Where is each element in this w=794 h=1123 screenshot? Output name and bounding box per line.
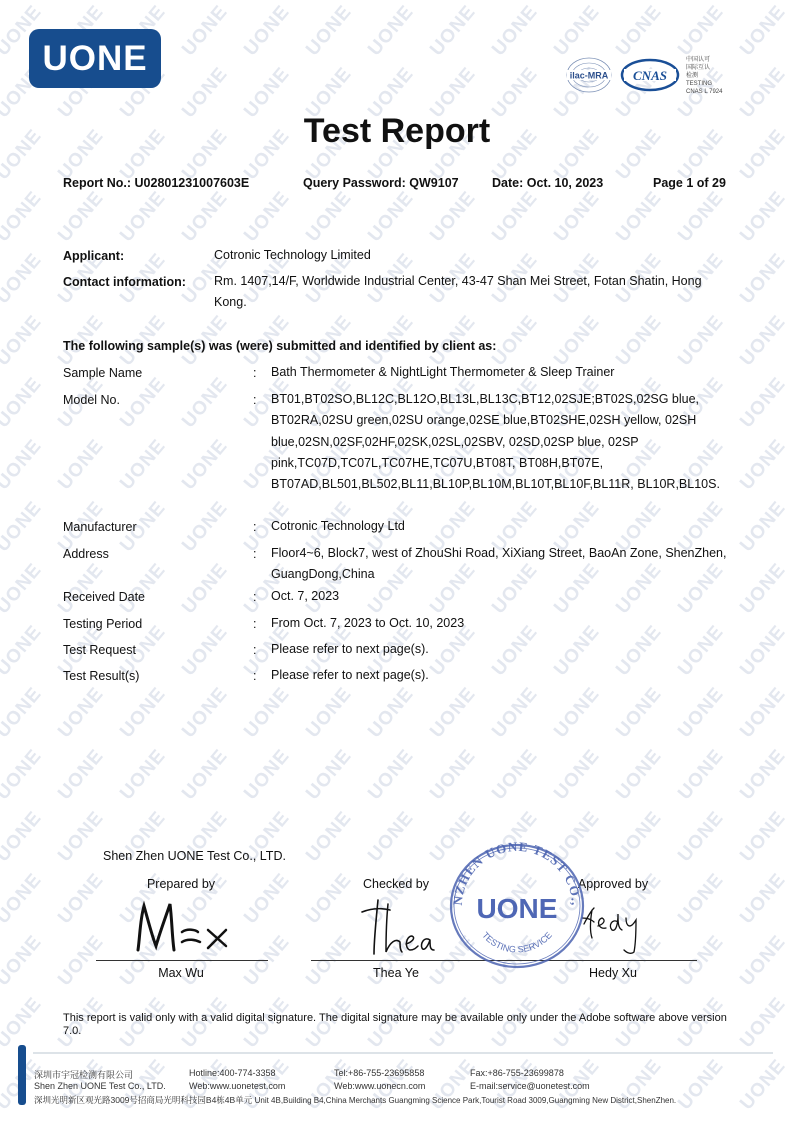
- watermark-text: UONE: [0, 621, 47, 680]
- watermark-text: UONE: [426, 683, 481, 742]
- watermark-text: UONE: [0, 869, 47, 928]
- watermark-text: UONE: [736, 621, 791, 680]
- watermark-text: UONE: [364, 807, 419, 866]
- sample-row-colon: :: [253, 366, 256, 380]
- watermark-text: UONE: [736, 745, 791, 804]
- svg-text:UONE: UONE: [477, 893, 558, 924]
- footer-address-cn: 深圳光明新区观光路3009号招商局光明科技园B4栋4B单元: [34, 1095, 252, 1105]
- watermark-text: UONE: [178, 683, 233, 742]
- checked-by-label: Checked by: [326, 877, 466, 891]
- page-number: Page 1 of 29: [653, 176, 726, 190]
- watermark-text: UONE: [0, 311, 47, 370]
- watermark-text: UONE: [178, 373, 233, 432]
- checked-by-name: Thea Ye: [326, 966, 466, 980]
- sample-row-value: Cotronic Technology Ltd: [271, 516, 731, 537]
- cnas-line: 检测: [686, 72, 722, 80]
- signature-thea: [358, 896, 438, 958]
- watermark-text: UONE: [612, 807, 667, 866]
- watermark-text: UONE: [488, 683, 543, 742]
- query-password: Query Password: QW9107: [303, 176, 459, 190]
- watermark-text: UONE: [488, 745, 543, 804]
- watermark-text: UONE: [0, 931, 47, 990]
- footer-address: 深圳光明新区观光路3009号招商局光明科技园B4栋4B单元 Unit 4B,Bu…: [34, 1094, 676, 1106]
- watermark-text: UONE: [178, 1, 233, 60]
- watermark-text: UONE: [426, 187, 481, 246]
- ilac-mra-logo-icon: ilac-MRA: [565, 55, 613, 95]
- watermark-text: UONE: [736, 435, 791, 494]
- watermark-text: UONE: [674, 683, 729, 742]
- sample-row-value: BT01,BT02SO,BL12C,BL12O,BL13L,BL13C,BT12…: [271, 389, 731, 495]
- sample-row-label: Address: [63, 547, 109, 561]
- watermark-text: UONE: [364, 187, 419, 246]
- watermark-text: UONE: [116, 745, 171, 804]
- watermark-text: UONE: [736, 559, 791, 618]
- cnas-line: 中国认可: [686, 56, 722, 64]
- cnas-accreditation-text: 中国认可 国际互认 检测 TESTING CNAS L 7924: [686, 56, 722, 96]
- report-number: Report No.: U02801231007603E: [63, 176, 249, 190]
- watermark-text: UONE: [674, 1055, 729, 1114]
- watermark-text: UONE: [240, 187, 295, 246]
- sample-row-colon: :: [253, 547, 256, 561]
- watermark-text: UONE: [550, 683, 605, 742]
- watermark-text: UONE: [550, 1, 605, 60]
- sample-row-colon: :: [253, 643, 256, 657]
- watermark-text: UONE: [364, 683, 419, 742]
- watermark-text: UONE: [426, 1, 481, 60]
- watermark-text: UONE: [240, 1, 295, 60]
- cnas-line: TESTING: [686, 80, 722, 88]
- svg-text:ilac-MRA: ilac-MRA: [570, 71, 609, 81]
- sample-row-label: Test Result(s): [63, 669, 139, 683]
- svg-text:CNAS: CNAS: [633, 68, 667, 83]
- watermark-text: UONE: [550, 745, 605, 804]
- sample-row-colon: :: [253, 520, 256, 534]
- watermark-text: UONE: [0, 373, 47, 432]
- watermark-text: UONE: [674, 1, 729, 60]
- sample-row-colon: :: [253, 393, 256, 407]
- watermark-text: UONE: [302, 807, 357, 866]
- footer-web-2[interactable]: Web:www.uonecn.com: [334, 1081, 425, 1091]
- signature-max: [130, 898, 235, 958]
- sample-row-value: Floor4~6, Block7, west of ZhouShi Road, …: [271, 543, 731, 586]
- footer-web-1[interactable]: Web:www.uonetest.com: [189, 1081, 285, 1091]
- sample-row-label: Received Date: [63, 590, 145, 604]
- applicant-label: Applicant:: [63, 249, 124, 263]
- sample-row-colon: :: [253, 590, 256, 604]
- watermark-text: UONE: [54, 807, 109, 866]
- watermark-text: UONE: [302, 187, 357, 246]
- footer-divider: [33, 1052, 773, 1054]
- company-stamp-icon: SHENZHEN UONE TEST CO.,LTD UONE TESTING …: [448, 842, 586, 970]
- watermark-text: UONE: [612, 745, 667, 804]
- watermark-text: UONE: [54, 559, 109, 618]
- watermark-text: UONE: [178, 187, 233, 246]
- watermark-text: UONE: [674, 807, 729, 866]
- watermark-text: UONE: [302, 745, 357, 804]
- watermark-text: UONE: [54, 869, 109, 928]
- watermark-text: UONE: [364, 745, 419, 804]
- svg-text:TESTING SERVICE: TESTING SERVICE: [480, 930, 554, 955]
- watermark-text: UONE: [736, 683, 791, 742]
- watermark-text: UONE: [302, 931, 357, 990]
- sample-heading: The following sample(s) was (were) submi…: [63, 339, 496, 353]
- sample-row-label: Testing Period: [63, 617, 142, 631]
- watermark-text: UONE: [488, 1, 543, 60]
- watermark-text: UONE: [736, 187, 791, 246]
- sample-row-label: Test Request: [63, 643, 136, 657]
- prepared-by-name: Max Wu: [111, 966, 251, 980]
- watermark-text: UONE: [178, 621, 233, 680]
- watermark-text: UONE: [736, 993, 791, 1052]
- contact-value: Rm. 1407,14/F, Worldwide Industrial Cent…: [214, 271, 714, 313]
- digital-signature-notice: This report is valid only with a valid d…: [63, 1012, 743, 1038]
- watermark-text: UONE: [736, 1055, 791, 1114]
- watermark-text: UONE: [736, 869, 791, 928]
- sample-row-value: Oct. 7, 2023: [271, 586, 731, 607]
- sample-row-value: Please refer to next page(s).: [271, 665, 731, 686]
- watermark-text: UONE: [612, 187, 667, 246]
- prepared-by-label: Prepared by: [111, 877, 251, 891]
- watermark-text: UONE: [0, 187, 47, 246]
- watermark-text: UONE: [736, 373, 791, 432]
- watermark-text: UONE: [0, 249, 47, 308]
- watermark-text: UONE: [178, 745, 233, 804]
- sample-row-label: Model No.: [63, 393, 120, 407]
- sample-row-label: Manufacturer: [63, 520, 137, 534]
- watermark-text: UONE: [736, 931, 791, 990]
- watermark-text: UONE: [736, 249, 791, 308]
- footer-company-cn: 深圳市宇冠检测有限公司: [34, 1068, 133, 1081]
- sample-row-colon: :: [253, 669, 256, 683]
- footer-accent-bar: [18, 1045, 26, 1105]
- watermark-text: UONE: [116, 373, 171, 432]
- footer-fax: Fax:+86-755-23699878: [470, 1068, 564, 1078]
- watermark-text: UONE: [0, 559, 47, 618]
- report-date: Date: Oct. 10, 2023: [492, 176, 603, 190]
- watermark-text: UONE: [54, 683, 109, 742]
- watermark-text: UONE: [0, 745, 47, 804]
- watermark-text: UONE: [674, 931, 729, 990]
- watermark-text: UONE: [240, 745, 295, 804]
- watermark-text: UONE: [302, 1, 357, 60]
- footer-address-en: Unit 4B,Building B4,China Merchants Guan…: [255, 1096, 677, 1105]
- page-title: Test Report: [0, 112, 794, 151]
- watermark-text: UONE: [178, 559, 233, 618]
- watermark-text: UONE: [116, 187, 171, 246]
- watermark-text: UONE: [116, 559, 171, 618]
- watermark-text: UONE: [0, 807, 47, 866]
- applicant-value: Cotronic Technology Limited: [214, 245, 371, 266]
- sample-row-value: Bath Thermometer & NightLight Thermomete…: [271, 362, 731, 383]
- watermark-text: UONE: [736, 497, 791, 556]
- footer-hotline: Hotline:400-774-3358: [189, 1068, 276, 1078]
- watermark-text: UONE: [178, 435, 233, 494]
- watermark-text: UONE: [240, 683, 295, 742]
- watermark-text: UONE: [302, 683, 357, 742]
- signature-line-prepared: [96, 960, 268, 961]
- watermark-text: UONE: [426, 745, 481, 804]
- cnas-line: 国际互认: [686, 64, 722, 72]
- watermark-text: UONE: [0, 993, 47, 1052]
- watermark-text: UONE: [240, 931, 295, 990]
- watermark-text: UONE: [736, 1, 791, 60]
- watermark-text: UONE: [54, 931, 109, 990]
- sample-row-value: Please refer to next page(s).: [271, 639, 731, 660]
- watermark-text: UONE: [54, 745, 109, 804]
- watermark-text: UONE: [674, 187, 729, 246]
- signature-hedy: [578, 896, 650, 958]
- cnas-logo-icon: CNAS: [620, 58, 680, 92]
- watermark-text: UONE: [178, 497, 233, 556]
- watermark-text: UONE: [550, 187, 605, 246]
- watermark-text: UONE: [364, 1, 419, 60]
- watermark-text: UONE: [0, 435, 47, 494]
- watermark-text: UONE: [736, 311, 791, 370]
- cnas-line: CNAS L 7924: [686, 88, 722, 96]
- footer-tel: Tel:+86-755-23695858: [334, 1068, 424, 1078]
- signing-company: Shen Zhen UONE Test Co., LTD.: [103, 849, 286, 863]
- watermark-text: UONE: [0, 683, 47, 742]
- contact-label: Contact information:: [63, 275, 186, 289]
- watermark-text: UONE: [0, 497, 47, 556]
- watermark-text: UONE: [612, 683, 667, 742]
- watermark-text: UONE: [674, 745, 729, 804]
- watermark-text: UONE: [54, 187, 109, 246]
- watermark-text: UONE: [116, 683, 171, 742]
- watermark-text: UONE: [736, 807, 791, 866]
- sample-row-label: Sample Name: [63, 366, 142, 380]
- sample-row-value: From Oct. 7, 2023 to Oct. 10, 2023: [271, 613, 731, 634]
- footer-company-en: Shen Zhen UONE Test Co., LTD.: [34, 1081, 166, 1091]
- watermark-text: UONE: [488, 187, 543, 246]
- uone-logo: UONE: [29, 29, 161, 88]
- footer-email[interactable]: E-mail:service@uonetest.com: [470, 1081, 590, 1091]
- watermark-text: UONE: [116, 435, 171, 494]
- watermark-text: UONE: [612, 1, 667, 60]
- watermark-text: UONE: [54, 435, 109, 494]
- sample-row-colon: :: [253, 617, 256, 631]
